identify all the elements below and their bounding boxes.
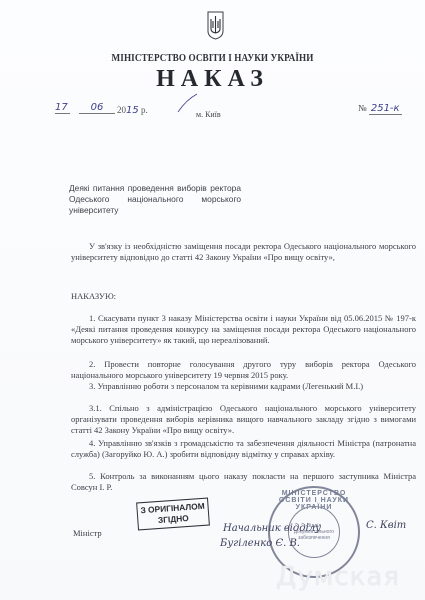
city: м. Київ [196, 110, 221, 119]
scanned-document-page: МІНІСТЕРСТВО ОСВІТИ І НАУКИ УКРАЇНИ НАКА… [0, 0, 425, 600]
minister-label: Міністр [73, 528, 102, 538]
number-prefix: № [358, 103, 367, 113]
order-item-3: 3. Управлінню роботи з персоналом та кер… [71, 381, 416, 392]
minister-signature: С. Квіт [366, 520, 406, 531]
signature-line-2: Бугіленко Є. В. [220, 538, 300, 549]
order-item-4: 4. Управлінню зв'язків з громадськістю т… [71, 438, 416, 460]
order-item-5: 5. Контроль за виконанням цього наказу п… [71, 471, 416, 493]
preamble-paragraph: У зв'язку із необхідністю заміщення поса… [71, 241, 416, 263]
watermark: Думская [276, 562, 400, 592]
date-year-prefix: 20 [117, 105, 126, 115]
order-item-3-1: 3.1. Спільно з адміністрацією Одеського … [71, 403, 416, 436]
date-year-suffix: 15 [126, 105, 139, 116]
ministry-name: МІНІСТЕРСТВО ОСВІТИ І НАУКИ УКРАЇНИ [21, 53, 404, 64]
order-word: НАКАЗУЮ: [71, 291, 416, 302]
ukraine-coat-of-arms-icon [207, 11, 224, 40]
signature-line-1: Начальник відділу [223, 523, 321, 534]
order-number: № 251-к [358, 103, 402, 114]
document-title: НАКАЗ [0, 66, 425, 93]
order-item-1: 1. Скасувати пункт 3 наказу Міністерства… [71, 313, 416, 346]
certified-copy-stamp: З ОРИГІНАЛОМ ЗГІДНО [136, 498, 210, 531]
date-year-unit: р. [141, 105, 148, 115]
number-value: 251-к [369, 103, 402, 115]
order-subject: Деякі питання проведення виборів ректора… [69, 183, 241, 216]
date-day: 17 [55, 102, 70, 114]
date-month: 06 [79, 102, 115, 114]
order-item-2: 2. Провести повторне голосування другого… [71, 359, 416, 381]
handwritten-mark-icon [176, 92, 198, 114]
date-year: 2015 р. [117, 105, 148, 116]
